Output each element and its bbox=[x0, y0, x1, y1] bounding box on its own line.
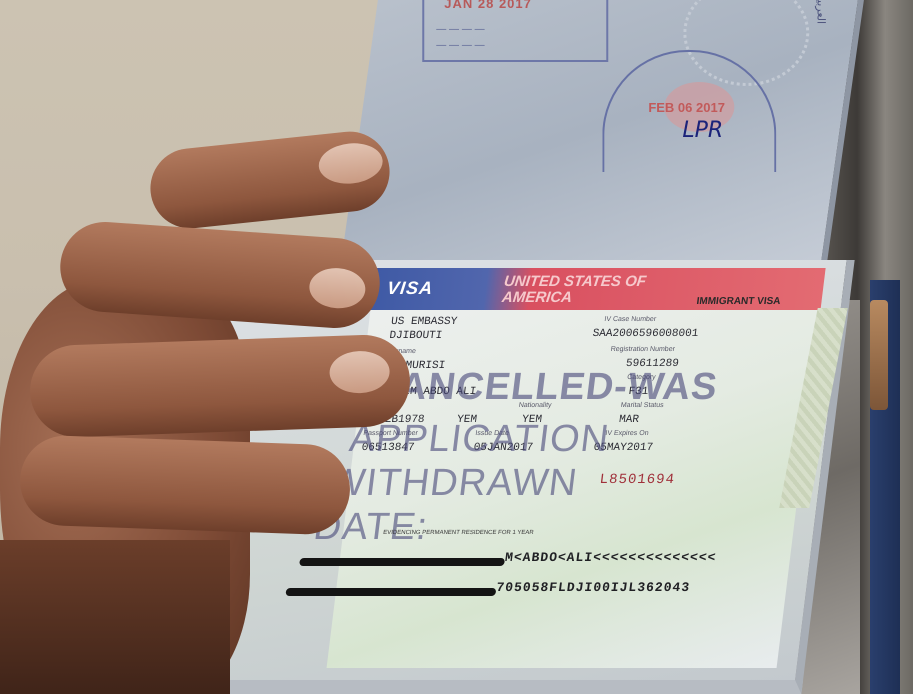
control-number: L8501694 bbox=[599, 472, 676, 488]
hand bbox=[0, 140, 420, 694]
case-number-label: IV Case Number bbox=[604, 316, 657, 323]
index-finger bbox=[146, 128, 393, 233]
little-finger bbox=[19, 434, 352, 535]
entry-stamp-date: FEB 06 2017 bbox=[648, 100, 725, 115]
registration-label: Registration Number bbox=[610, 346, 675, 353]
exit-stamp-text: — — — — — — — — bbox=[436, 22, 596, 54]
mrz-line-2: 705058FLDJI00IJL362043 bbox=[496, 580, 691, 595]
cancel-stamp-line-1: CANCELLED-WAS bbox=[368, 366, 720, 409]
visa-country: UNITED STATES OF AMERICA bbox=[501, 274, 705, 306]
handwritten-lpr: LPR bbox=[682, 118, 723, 143]
case-number: SAA2006596008001 bbox=[592, 328, 699, 340]
index-fingernail bbox=[317, 140, 385, 186]
mrz-line-1: M<ABDO<ALI<<<<<<<<<<<<<< bbox=[504, 550, 717, 565]
marital-status: MAR bbox=[618, 414, 639, 426]
exit-stamp-date: JAN 28 2017 bbox=[444, 0, 532, 11]
visa-type: IMMIGRANT VISA bbox=[696, 296, 781, 307]
ring-fingernail bbox=[329, 350, 390, 394]
exit-stamp: JAN 28 2017 — — — — — — — — bbox=[422, 0, 608, 62]
page-edge-text: ﺍﻟﻌﺮﺑﻴﺔ bbox=[815, 0, 828, 24]
ring-finger bbox=[29, 333, 412, 438]
middle-fingernail bbox=[308, 266, 367, 310]
hologram-strip bbox=[779, 308, 848, 508]
wrist bbox=[0, 540, 230, 694]
expires-label: IV Expires On bbox=[605, 430, 649, 437]
